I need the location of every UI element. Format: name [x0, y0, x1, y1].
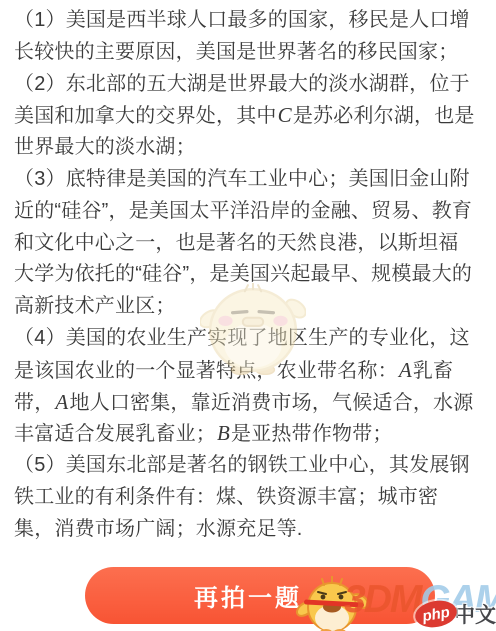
text-line: 美国和加拿大的交界处，其中C是苏必利尔湖，也是: [14, 100, 486, 132]
text-line: 大学为依托的“硅谷”，是美国兴起最早、规模最大的: [14, 259, 486, 291]
text-line: 集，消费市场广阔；水源充足等.: [14, 514, 486, 546]
answer-text: （1）美国是西半球人口最多的国家，移民是人口增长较快的主要原因，美国是世界著名的…: [14, 5, 486, 546]
text-line: （1）美国是西半球人口最多的国家，移民是人口增: [14, 5, 486, 37]
text-line: （4）美国的农业生产实现了地区生产的专业化，这: [14, 323, 486, 355]
text-line: （2）东北部的五大湖是世界最大的淡水湖群，位于: [14, 69, 486, 101]
retake-question-button[interactable]: 再拍一题: [85, 567, 435, 624]
text-line: 世界最大的淡水湖；: [14, 132, 486, 164]
text-line: （3）底特律是美国的汽车工业中心；美国旧金山附: [14, 164, 486, 196]
php-site-name: 中文网: [454, 599, 496, 629]
app-screen: （1）美国是西半球人口最多的国家，移民是人口增长较快的主要原因，美国是世界著名的…: [0, 0, 496, 631]
text-line: 高新技术产业区；: [14, 291, 486, 323]
text-line: 近的“硅谷”，是美国太平洋沿岸的金融、贸易、教育: [14, 196, 486, 228]
text-line: 长较快的主要原因，美国是世界著名的移民国家；: [14, 37, 486, 69]
text-line: 带，A地人口密集，靠近消费市场，气候适合，水源: [14, 387, 486, 419]
retake-question-label: 再拍一题: [194, 578, 302, 613]
text-line: 丰富适合发展乳畜业；B是亚热带作物带；: [14, 418, 486, 450]
text-line: 和文化中心之一，也是著名的天然良港，以斯坦福: [14, 228, 486, 260]
text-line: 是该国农业的一个显著特点，农业带名称：A乳畜: [14, 355, 486, 387]
text-line: 铁工业的有利条件有：煤、铁资源丰富；城市密: [14, 482, 486, 514]
text-line: （5）美国东北部是著名的钢铁工业中心，其发展钢: [14, 450, 486, 482]
